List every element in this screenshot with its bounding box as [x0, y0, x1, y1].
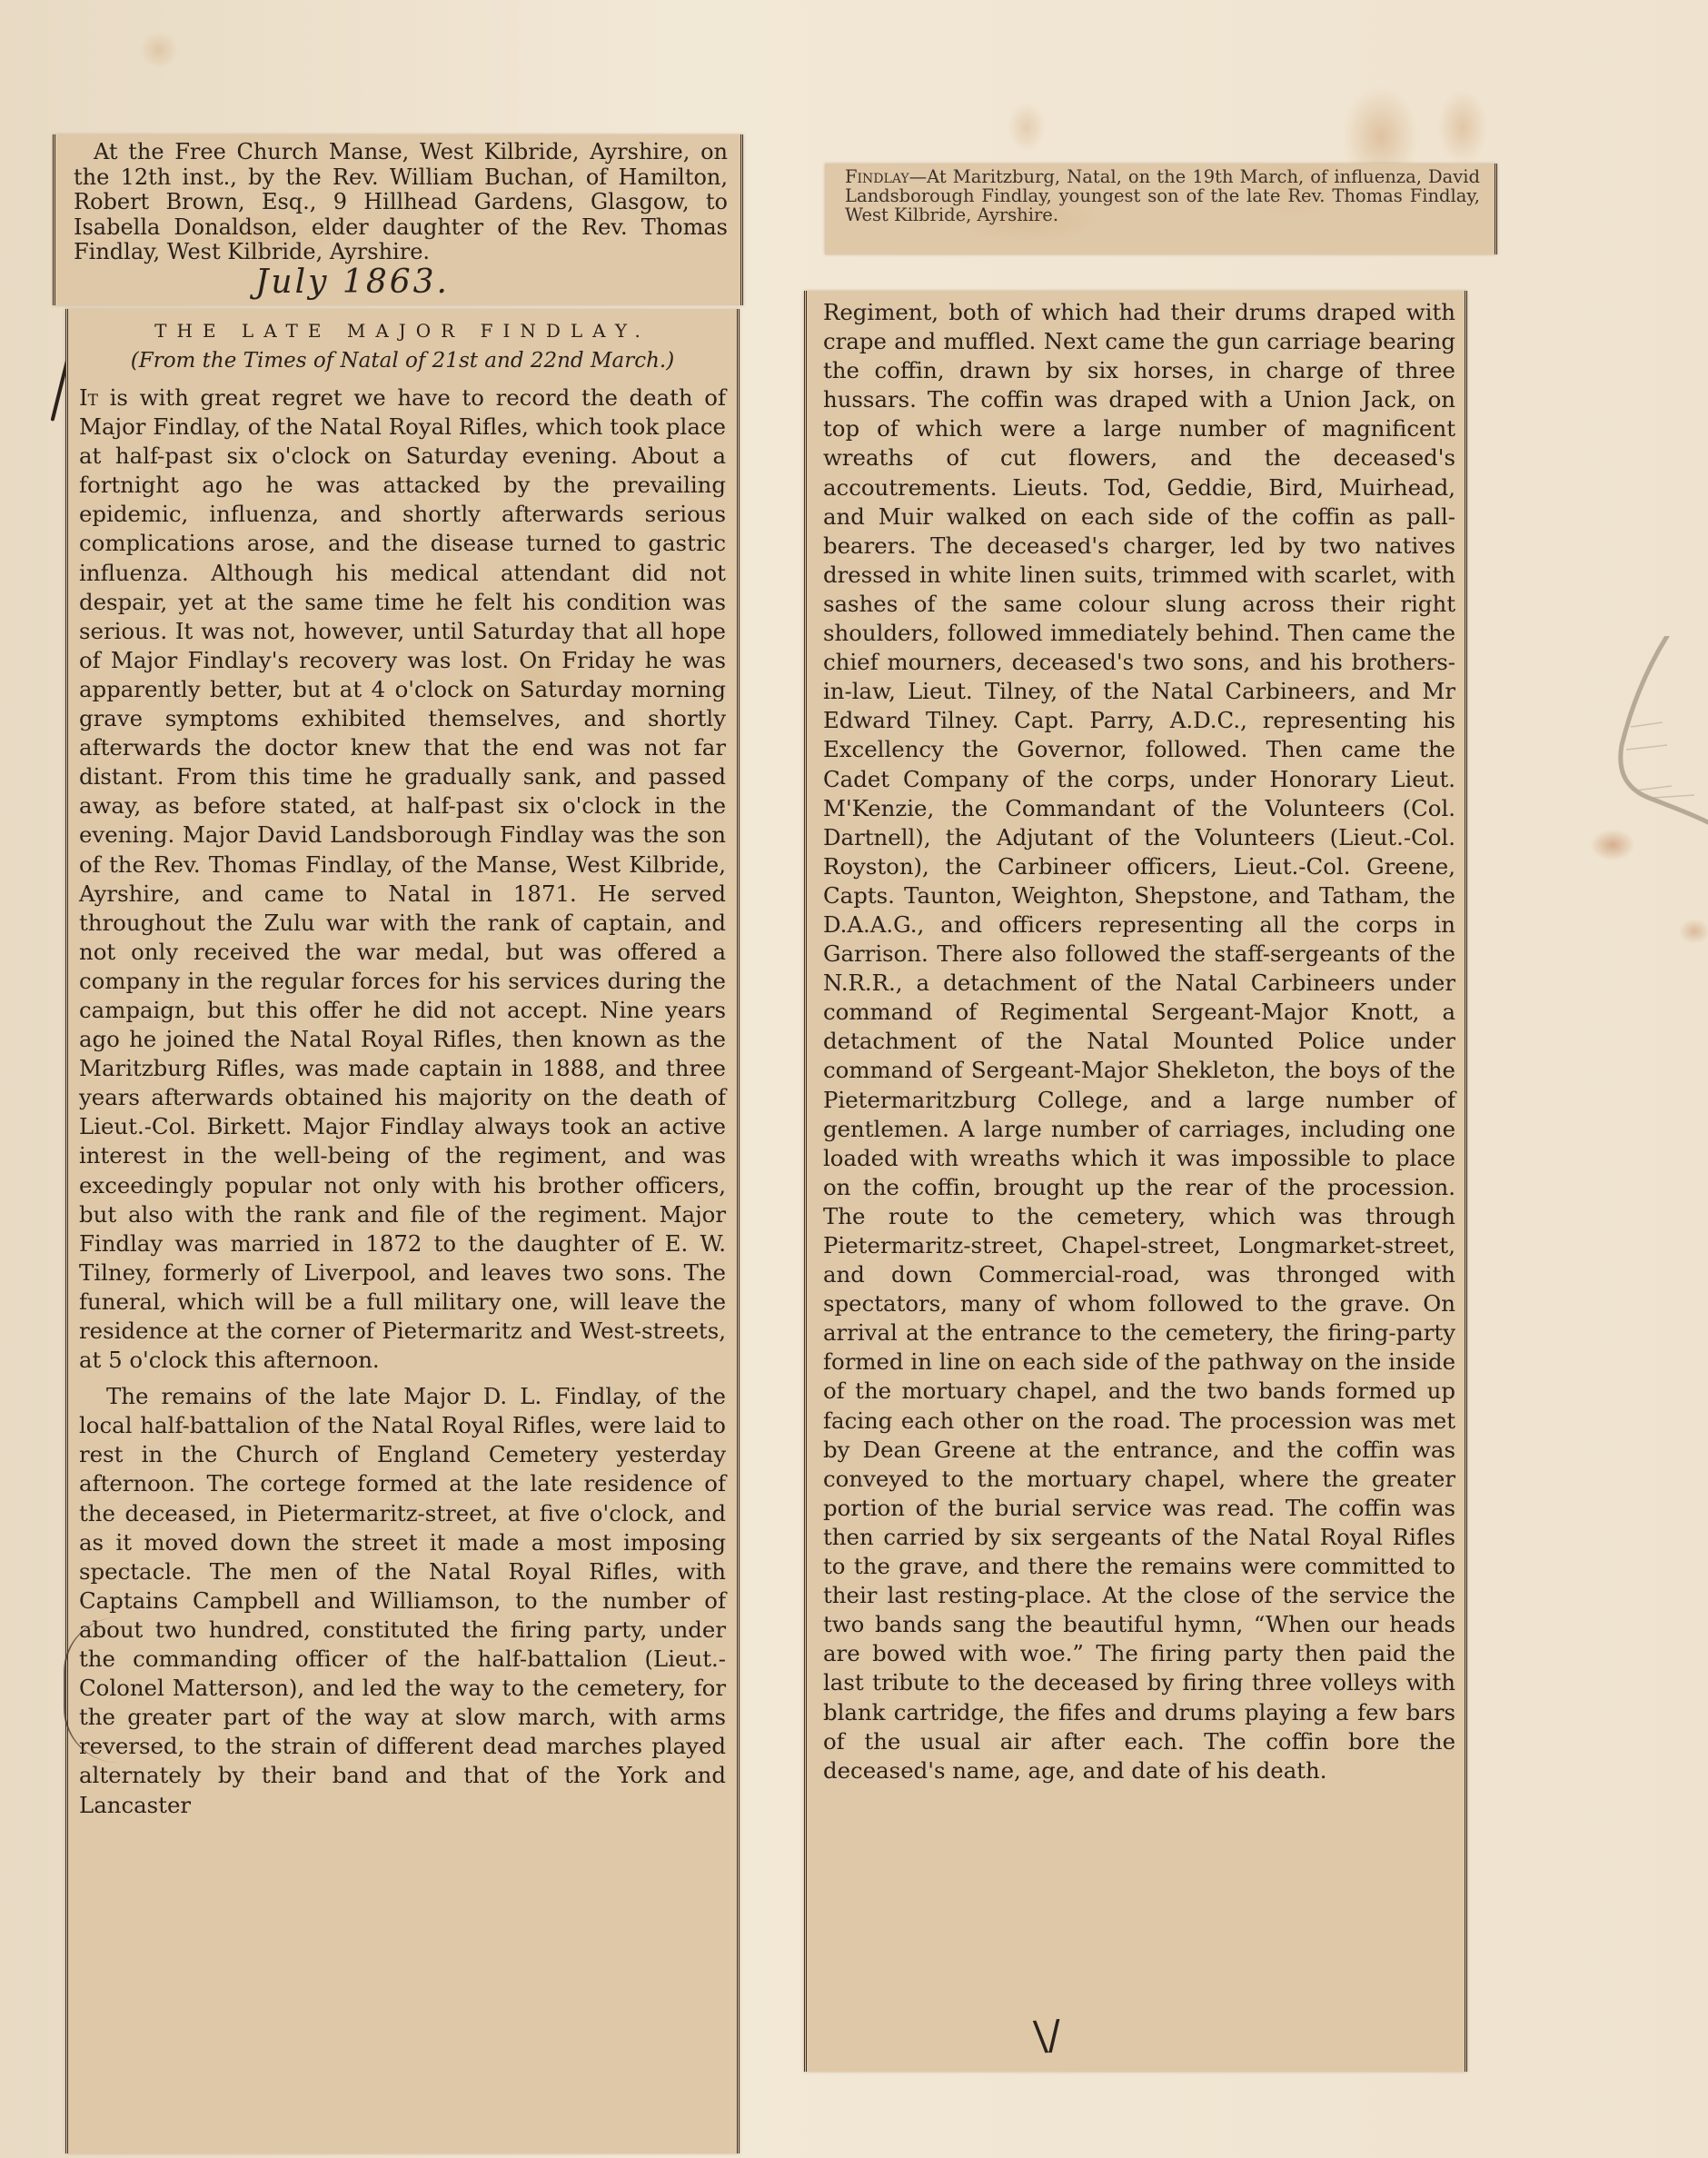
check-mark-icon: \/: [1032, 2012, 1062, 2060]
wedding-notice-paragraph: At the Free Church Manse, West Kilbride,…: [74, 140, 728, 265]
article-paragraph-1: It is with great regret we have to recor…: [79, 383, 726, 1375]
clipping-article-continued: Regiment, both of which had their drums …: [804, 291, 1467, 2072]
article-continued-paragraph: Regiment, both of which had their drums …: [823, 298, 1455, 1785]
article-source: (From the Times of Natal of 21st and 22n…: [79, 349, 726, 373]
pressed-feather-mark: [1581, 636, 1708, 854]
clipping-wedding-notice: At the Free Church Manse, West Kilbride,…: [53, 134, 743, 305]
article-paragraph-1-text: is with great regret we have to record t…: [79, 384, 726, 1373]
handwritten-date: July 1863.: [255, 264, 450, 301]
clipping-article: THE LATE MAJOR FINDLAY. (From the Times …: [65, 309, 740, 2153]
article-paragraph-2: The remains of the late Major D. L. Find…: [79, 1382, 726, 1819]
clipping-death-notice: Findlay—At Maritzburg, Natal, on the 19t…: [825, 164, 1497, 254]
death-notice-text: Findlay—At Maritzburg, Natal, on the 19t…: [845, 167, 1480, 224]
death-notice-lead: Findlay: [845, 166, 909, 187]
wedding-notice-text: At the Free Church Manse, West Kilbride,…: [74, 140, 728, 265]
death-notice-body: —At Maritzburg, Natal, on the 19th March…: [845, 166, 1480, 225]
article-title: THE LATE MAJOR FINDLAY.: [79, 320, 726, 342]
article-continued-body: Regiment, both of which had their drums …: [823, 298, 1455, 1785]
article-body: It is with great regret we have to recor…: [79, 383, 726, 1820]
article-first-word: It: [79, 384, 98, 411]
